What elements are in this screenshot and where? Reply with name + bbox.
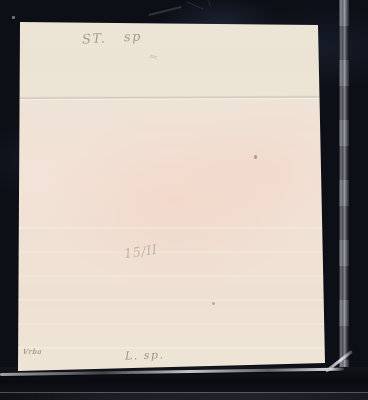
dust-speck — [12, 16, 15, 19]
expert-signature: Vrba — [22, 348, 42, 356]
background-scratch — [187, 1, 204, 9]
pencil-mark-top: ST. sp — [82, 29, 143, 47]
paper-speck — [254, 155, 257, 159]
pencil-mark-bottom: L. sp. — [125, 348, 165, 362]
pencil-arrow-icon: ⇐ — [148, 51, 158, 64]
horizontal-crease — [16, 95, 328, 100]
sleeve-reflection-strip — [339, 0, 349, 400]
stamp-back-photo: ST. sp ⇐ 15/II L. sp. Vrba — [0, 0, 368, 400]
stamp-paper-back: ST. sp ⇐ 15/II L. sp. Vrba — [0, 0, 368, 400]
background-scratch — [208, 0, 211, 7]
paper-speck — [212, 302, 215, 305]
show-through-bands — [18, 205, 324, 355]
background-scratch — [148, 6, 181, 16]
album-page-edge — [0, 392, 368, 400]
